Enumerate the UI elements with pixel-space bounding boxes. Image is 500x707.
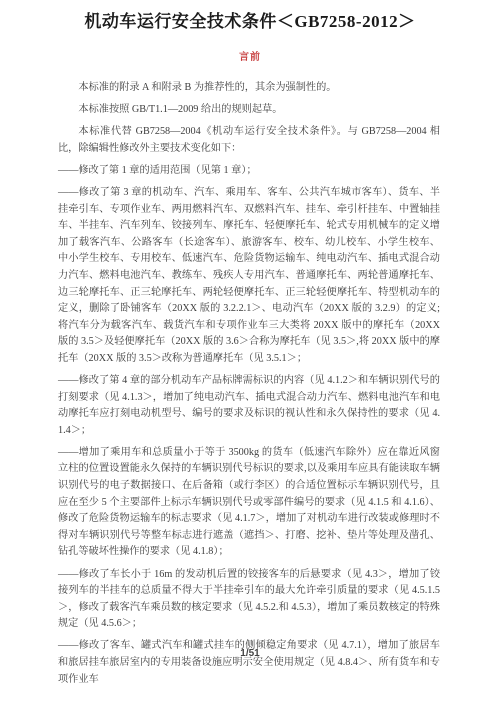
- document-title: 机动车运行安全技术条件＜GB7258-2012＞: [0, 0, 500, 32]
- paragraph-drafting-rule: 本标准按照 GB/T1.1—2009 给出的规则起草。: [58, 102, 440, 119]
- document-page: 机动车运行安全技术条件＜GB7258-2012＞ 言前 本标准的附录 A 和附录…: [0, 0, 500, 707]
- paragraph-change-scope: ——修改了第 1 章的适用范围（见第 1 章）；: [58, 163, 440, 180]
- paragraph-replaces-note: 本标准代替 GB7258—2004《机动车运行安全技术条件》。与 GB7258—…: [58, 124, 440, 157]
- foreword-heading: 言前: [0, 48, 500, 63]
- paragraph-change-bus: ——修改了车长小于 16m 的发动机后置的铰接客车的后悬要求（见 4.3＞，增加…: [58, 567, 440, 633]
- paragraph-change-chapter4: ——修改了第 4 章的部分机动车产品标牌需标识的内容（见 4.1.2＞和车辆识别…: [58, 373, 440, 439]
- page-number: 1/51: [0, 648, 500, 659]
- paragraph-appendix-note: 本标准的附录 A 和附录 B 为推荐性的，其余为强制性的。: [58, 80, 440, 97]
- paragraph-change-tilt-angle: ——修改了客车、罐式汽车和罐式挂车的侧倾稳定角要求（见 4.7.1），增加了旅居…: [58, 638, 440, 688]
- paragraph-change-vin: ——增加了乘用车和总质量小于等于 3500kg 的货车（低速汽车除外）应在靠近风…: [58, 445, 440, 561]
- document-body: 本标准的附录 A 和附录 B 为推荐性的，其余为强制性的。 本标准按照 GB/T…: [58, 80, 440, 688]
- paragraph-change-definitions: ——修改了第 3 章的机动车、汽车、乘用车、客车、公共汽车城市客车）、货车、半挂…: [58, 185, 440, 368]
